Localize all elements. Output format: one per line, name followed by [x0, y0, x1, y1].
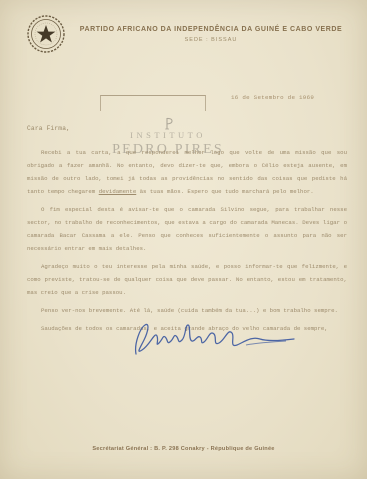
org-block: PARTIDO AFRICANO DA INDEPENDÊNCIA DA GUI… — [76, 25, 346, 43]
paragraph-3: Agradeço muito o teu interesse pela minh… — [27, 260, 347, 299]
letterhead: PARTIDO AFRICANO DA INDEPENDÊNCIA DA GUI… — [26, 14, 346, 54]
paragraph-1: Recebi a tua carta, a que responderei me… — [27, 146, 347, 198]
stamp-box — [100, 95, 206, 111]
scanned-letter-page: PARTIDO AFRICANO DA INDEPENDÊNCIA DA GUI… — [0, 0, 367, 479]
handwritten-signature — [126, 314, 298, 366]
date-line: 16 de Setembro de 1969 — [231, 94, 314, 101]
paragraph-2: O fim especial desta é avisar-te que o c… — [27, 203, 347, 255]
paragraph-1-underlined-word: devidamente — [99, 188, 137, 195]
watermark-line1: INSTITUTO — [103, 131, 233, 140]
instituto-pedro-pires-logo-icon — [163, 117, 174, 130]
footer-address: Secrétariat Général : B. P. 298 Conakry … — [0, 446, 367, 452]
letter-body: Recebi a tua carta, a que responderei me… — [27, 146, 347, 340]
org-subtitle: SEDE : BISSAU — [76, 37, 346, 43]
salutation: Cara Firma, — [27, 125, 70, 132]
paigc-seal-icon — [26, 14, 66, 54]
org-name: PARTIDO AFRICANO DA INDEPENDÊNCIA DA GUI… — [76, 25, 346, 34]
paragraph-1-text-end: às tuas mãos. Espero que tudo marchará p… — [136, 188, 313, 195]
